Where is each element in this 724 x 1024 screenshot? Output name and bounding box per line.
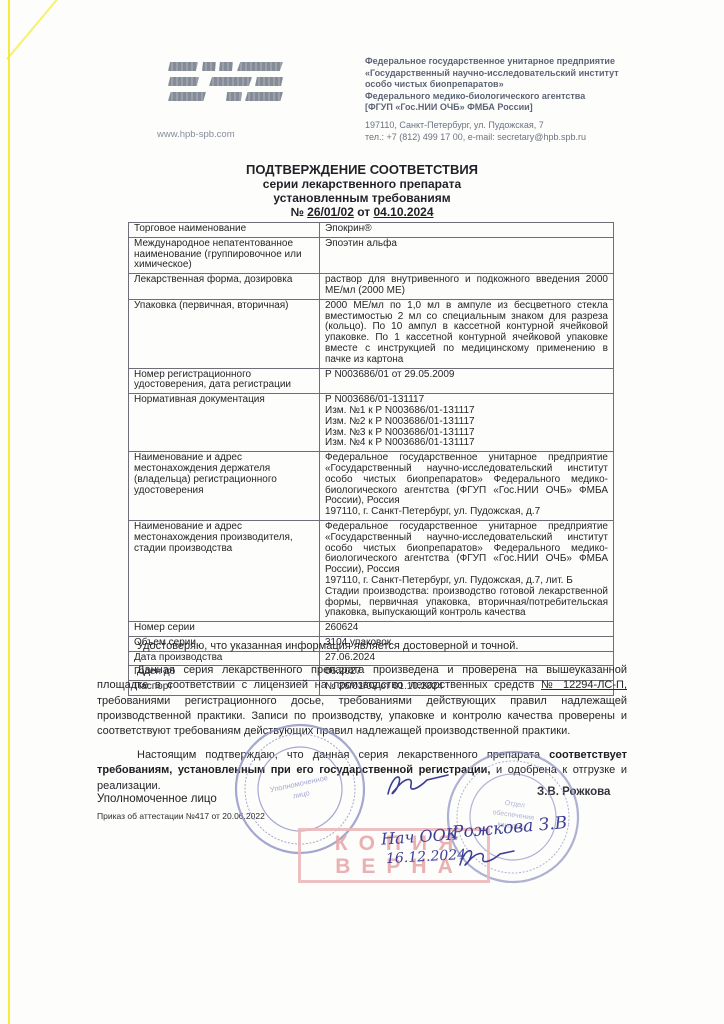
logo-bar [168, 62, 198, 71]
address-line: 197110, Санкт-Петербург, ул. Пудожская, … [365, 120, 675, 132]
title-line-1: ПОДТВЕРЖДЕНИЕ СООТВЕТСТВИЯ [0, 162, 724, 177]
stamp-center-text: Отдел [504, 800, 525, 810]
logo-bar [202, 62, 216, 71]
ochb-logo [168, 62, 284, 104]
row-value: Р N003686/01-131117 Изм. №1 к Р N003686/… [320, 394, 614, 452]
row-label: Лекарственная форма, дозировка [129, 274, 320, 300]
contact-line: тел.: +7 (812) 499 17 00, e-mail: secret… [365, 132, 675, 144]
page-edge-yellow-line [8, 0, 10, 1024]
table-row: Номер серии260624 [129, 622, 614, 637]
stamp-center-text: лицо [292, 788, 310, 800]
org-line: особо чистых биопрепаратов» [365, 79, 665, 91]
title-line-2: серии лекарственного препарата [0, 177, 724, 191]
table-row: Нормативная документацияР N003686/01-131… [129, 394, 614, 452]
row-value: Федеральное государственное унитарное пр… [320, 452, 614, 521]
row-label: Наименование и адрес местонахождения про… [129, 520, 320, 621]
logo-bar [237, 62, 283, 71]
signature-scribble [378, 768, 458, 804]
org-line: Федерального медико-биологического агент… [365, 91, 665, 103]
statement-paragraph-1: Удостоверяю, что указанная информация яв… [97, 639, 627, 654]
row-value: раствор для внутривенного и подкожного в… [320, 274, 614, 300]
row-label: Нормативная документация [129, 394, 320, 452]
number-label: № [290, 205, 307, 219]
row-value: 260624 [320, 622, 614, 637]
signature-scribble [452, 843, 522, 873]
table-row: Лекарственная форма, дозировкараствор дл… [129, 274, 614, 300]
table-row: Торговое наименованиеЭпокрин® [129, 223, 614, 238]
license-number: № 12294-ЛС-П, [541, 679, 627, 691]
logo-bar [168, 92, 206, 101]
product-details-table: Торговое наименованиеЭпокрин® Международ… [128, 222, 614, 696]
row-label: Номер серии [129, 622, 320, 637]
row-label: Наименование и адрес местонахождения дер… [129, 452, 320, 521]
table-row: Упаковка (первичная, вторичная)2000 МЕ/м… [129, 299, 614, 368]
row-value: 2000 МЕ/мл по 1,0 мл в ампуле из бесцвет… [320, 299, 614, 368]
authorized-person-label: Уполномоченное лицо [97, 793, 217, 805]
document-date: 04.10.2024 [373, 205, 433, 219]
logo-bar [255, 77, 283, 86]
page-corner-fold-line [6, 0, 62, 60]
logo-bar [226, 92, 242, 101]
row-label: Торговое наименование [129, 223, 320, 238]
organization-name: Федеральное государственное унитарное пр… [365, 56, 665, 114]
row-value: Р N003686/01 от 29.05.2009 [320, 368, 614, 394]
org-line: «Государственный научно-исследовательски… [365, 68, 665, 80]
date-label: от [354, 205, 374, 219]
row-label: Упаковка (первичная, вторичная) [129, 299, 320, 368]
row-label: Номер регистрационного удостоверения, да… [129, 368, 320, 394]
row-value: Эпокрин® [320, 223, 614, 238]
row-label: Международное непатентованное наименован… [129, 237, 320, 273]
p2-text: требованиями регистрационного досье, тре… [97, 695, 627, 737]
organization-contacts: 197110, Санкт-Петербург, ул. Пудожская, … [365, 120, 675, 143]
table-row: Наименование и адрес местонахождения дер… [129, 452, 614, 521]
logo-bar [209, 77, 252, 86]
logo-bar [219, 62, 233, 71]
table-row: Номер регистрационного удостоверения, да… [129, 368, 614, 394]
document-number: 26/01/02 [307, 205, 354, 219]
logo-bar [245, 92, 283, 101]
statement-paragraph-2: Данная серия лекарственного препарата пр… [97, 663, 627, 739]
title-number-line: № 26/01/02 от 04.10.2024 [0, 205, 724, 220]
website-url: www.hpb-spb.com [157, 129, 235, 140]
org-line: [ФГУП «Гос.НИИ ОЧБ» ФМБА России] [365, 102, 665, 114]
row-value: Федеральное государственное унитарное пр… [320, 520, 614, 621]
table-row: Наименование и адрес местонахождения про… [129, 520, 614, 621]
table-row: Международное непатентованное наименован… [129, 237, 614, 273]
title-line-3: установленным требованиям [0, 191, 724, 205]
row-value: Эпоэтин альфа [320, 237, 614, 273]
org-line: Федеральное государственное унитарное пр… [365, 56, 665, 68]
document-title: ПОДТВЕРЖДЕНИЕ СООТВЕТСТВИЯ серии лекарст… [0, 162, 724, 220]
scanned-document-page: { "header": { "logo_name": "ОЧБ", "org_l… [0, 0, 724, 1024]
logo-bar [168, 77, 199, 86]
